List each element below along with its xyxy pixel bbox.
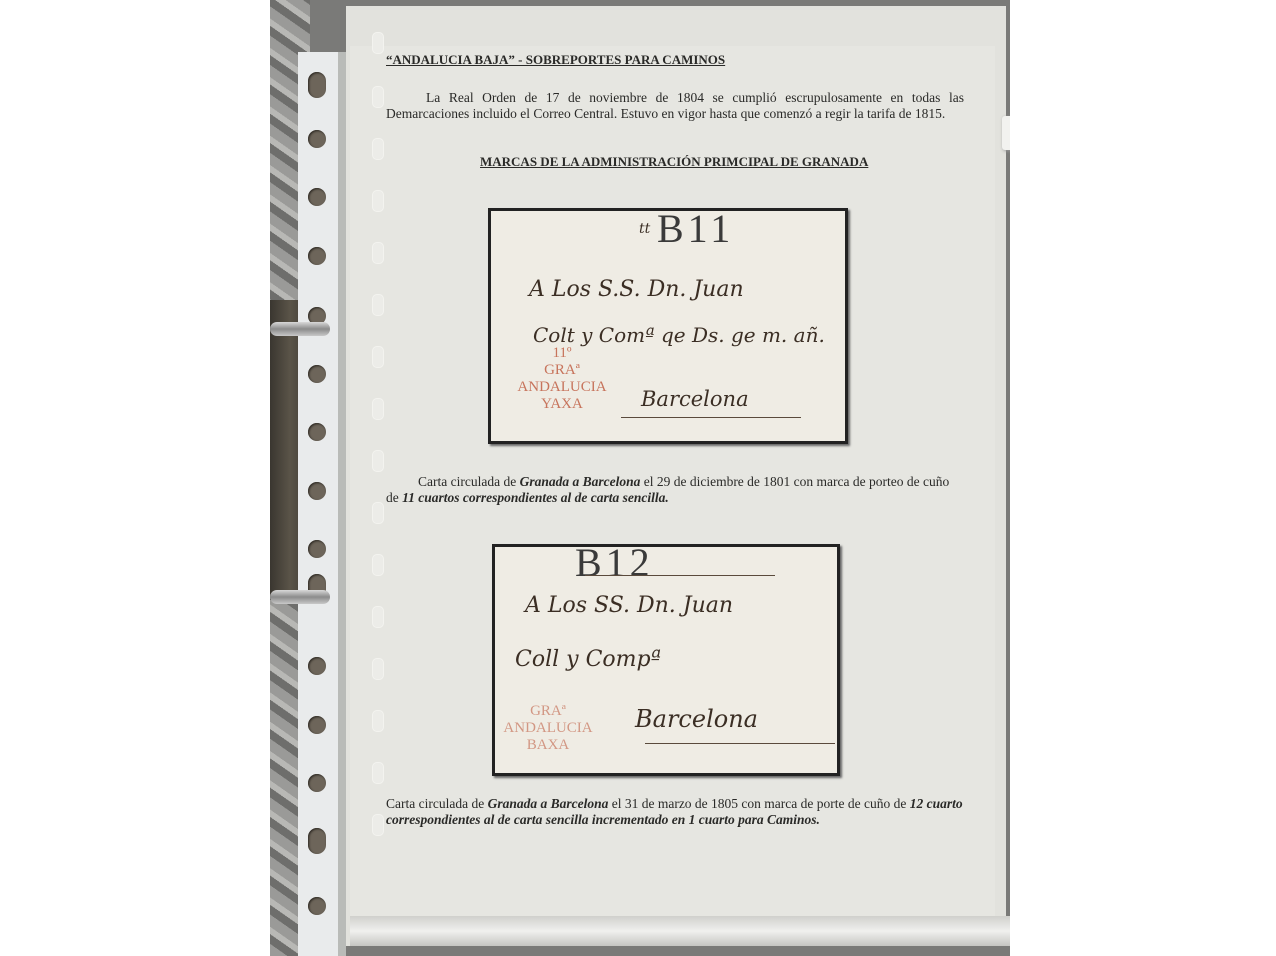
- punch-hole: [308, 540, 326, 558]
- postal-cover-1: tt B11 A Los S.S. Dn. Juan Colt y Comª q…: [488, 208, 848, 444]
- underline: [585, 575, 775, 576]
- sleeve-perforation: [372, 814, 384, 836]
- postmark-line: BAXA: [503, 737, 593, 754]
- postal-cover-2: B12 A Los SS. Dn. Juan Coll y Compª Barc…: [492, 544, 840, 776]
- sleeve-perforation: [372, 294, 384, 316]
- underline: [621, 417, 801, 418]
- punch-hole: [308, 774, 326, 792]
- sleeve-perforation: [372, 502, 384, 524]
- postmark: 11º GRAª ANDALUCIA YAXA: [497, 345, 627, 413]
- sleeve-perforation: [372, 346, 384, 368]
- rate-mark: B11: [657, 205, 734, 252]
- sleeve-perforation: [372, 138, 384, 160]
- postmark-line: YAXA: [497, 396, 627, 413]
- caption-route: Granada a Barcelona: [488, 796, 609, 811]
- sleeve-perforation: [372, 450, 384, 472]
- caption-detail: 11 cuartos correspondientes al de carta …: [402, 490, 669, 505]
- punch-hole: [308, 72, 326, 98]
- punch-hole: [308, 188, 326, 206]
- sleeve-perforation: [372, 398, 384, 420]
- punch-hole: [308, 657, 326, 675]
- sleeve-perforation: [372, 606, 384, 628]
- binder-ring: [270, 590, 330, 604]
- section-subtitle: MARCAS DE LA ADMINISTRACIÓN PRIMCIPAL DE…: [480, 154, 868, 170]
- sleeve-perforation: [372, 554, 384, 576]
- page-title: “ANDALUCIA BAJA” - SOBREPORTES PARA CAMI…: [386, 52, 725, 68]
- album-photo: “ANDALUCIA BAJA” - SOBREPORTES PARA CAMI…: [270, 0, 1010, 956]
- rate-prefix: tt: [639, 221, 650, 237]
- punch-hole: [308, 247, 326, 265]
- album-page: “ANDALUCIA BAJA” - SOBREPORTES PARA CAMI…: [350, 46, 995, 916]
- punch-hole: [308, 897, 326, 915]
- address-line: Barcelona: [641, 387, 749, 411]
- postmark-line: ANDALUCIA: [497, 379, 627, 396]
- rate-mark: B12: [575, 539, 654, 586]
- punch-hole: [308, 365, 326, 383]
- cover-1-caption: Carta circulada de Granada a Barcelona e…: [386, 474, 964, 506]
- punch-hole: [308, 716, 326, 734]
- binder-ring: [270, 322, 330, 336]
- postmark-line: GRAª: [497, 362, 627, 379]
- address-line: Colt y Comª qe Ds. ge m. añ.: [533, 323, 825, 347]
- sleeve-bottom-edge: [350, 916, 1010, 946]
- sleeve-perforation: [372, 242, 384, 264]
- caption-route: Granada a Barcelona: [520, 474, 641, 489]
- postmark-line: GRAª: [503, 703, 593, 720]
- punch-hole: [308, 130, 326, 148]
- sleeve-perforation: [372, 710, 384, 732]
- postmark-line: 11º: [497, 345, 627, 362]
- address-line: Barcelona: [635, 705, 758, 733]
- sleeve-perforation: [372, 32, 384, 54]
- address-line: Coll y Compª: [515, 647, 661, 672]
- caption-text: Carta circulada de: [418, 474, 520, 489]
- punch-hole: [308, 423, 326, 441]
- punched-strip: [298, 52, 346, 956]
- postmark-line: ANDALUCIA: [503, 720, 593, 737]
- intro-paragraph: La Real Orden de 17 de noviembre de 1804…: [386, 90, 964, 122]
- underline: [645, 743, 835, 744]
- punch-hole: [308, 482, 326, 500]
- address-line: A Los SS. Dn. Juan: [525, 593, 733, 618]
- caption-text: el 31 de marzo de 1805 con marca de port…: [608, 796, 909, 811]
- intro-text: La Real Orden de 17 de noviembre de 1804…: [386, 90, 964, 121]
- sleeve-perforation: [372, 762, 384, 784]
- cover-2-caption: Carta circulada de Granada a Barcelona e…: [386, 796, 964, 828]
- punch-hole: [308, 828, 326, 854]
- sleeve-perforation: [372, 86, 384, 108]
- address-line: A Los S.S. Dn. Juan: [529, 277, 744, 302]
- caption-text: Carta circulada de: [386, 796, 488, 811]
- postmark: GRAª ANDALUCIA BAXA: [503, 703, 593, 754]
- sleeve-perforation: [372, 658, 384, 680]
- sleeve-perforation: [372, 190, 384, 212]
- sheet-number-tag: 49/50: [1002, 116, 1010, 150]
